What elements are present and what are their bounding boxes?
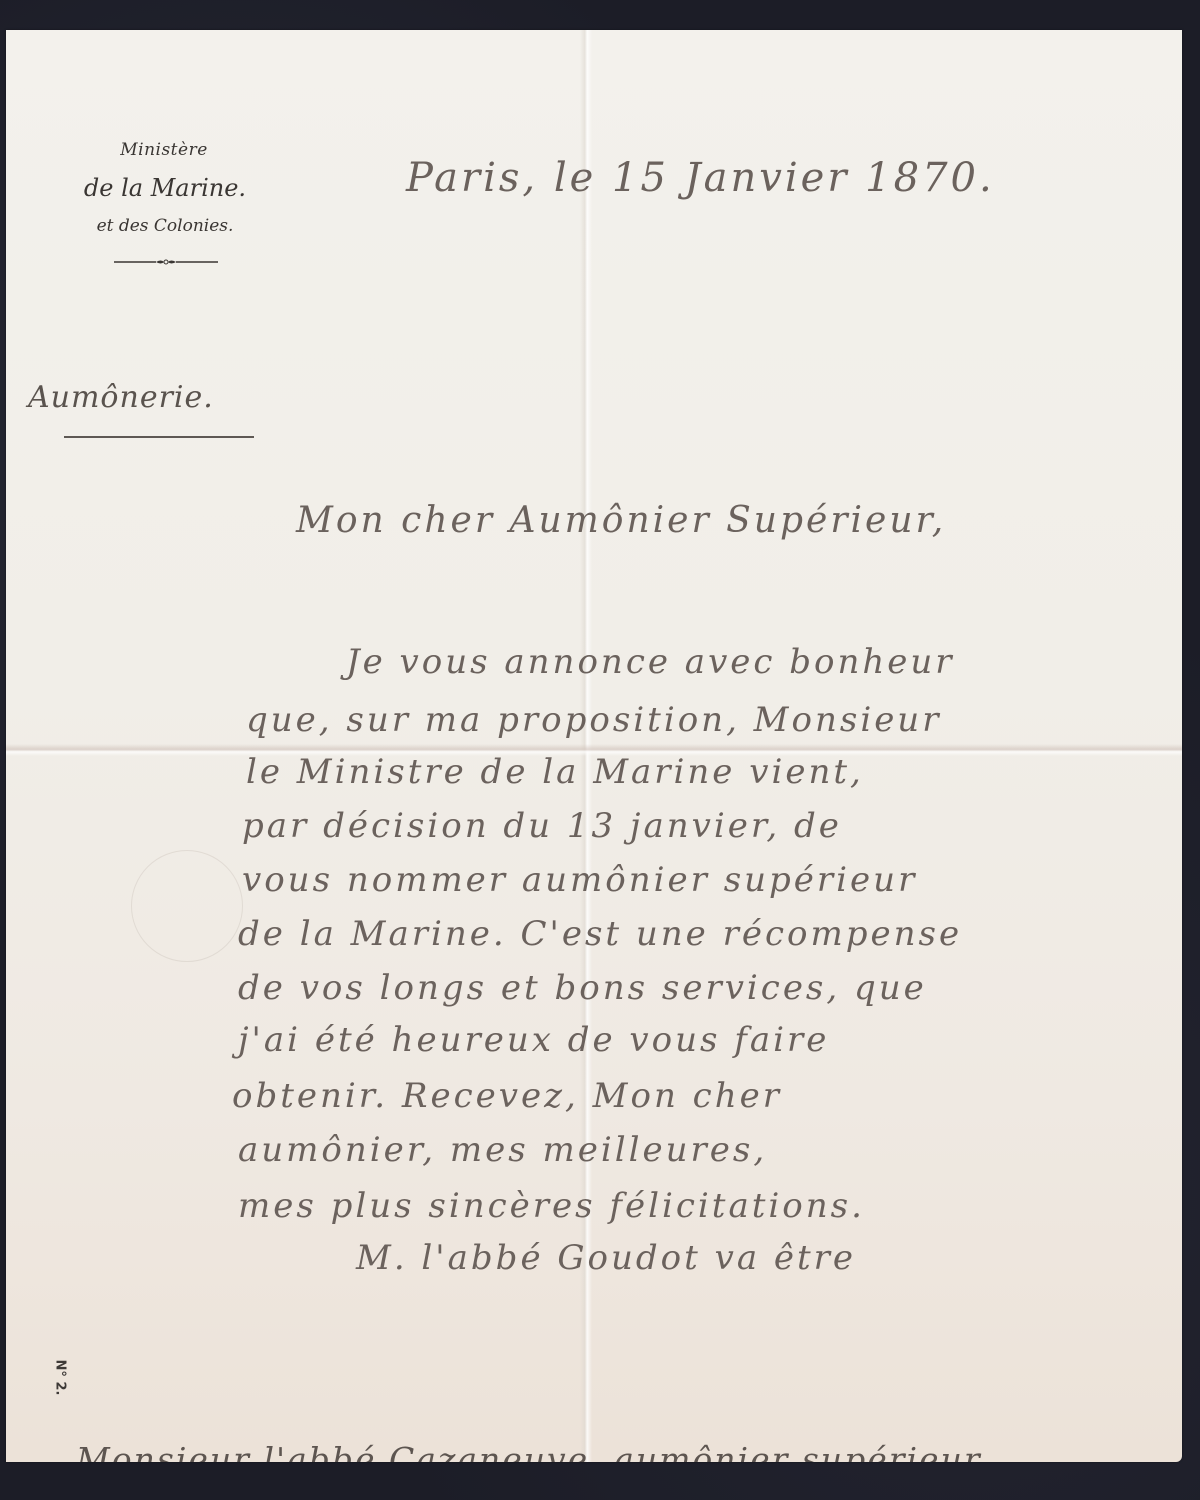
addressee-line: Monsieur l'abbé Cazaneuve, aumônier supé…	[76, 1440, 990, 1462]
letter-sheet: Ministère de la Marine. et des Colonies.…	[6, 30, 1182, 1462]
letterhead-ministry: Ministère	[22, 140, 306, 160]
department-aumonerie: Aumônerie.	[28, 380, 214, 415]
letterhead-marine: de la Marine.	[24, 174, 306, 202]
body-line: vous nommer aumônier supérieur	[242, 860, 917, 900]
body-line: Je vous annonce avec bonheur	[346, 642, 955, 682]
page-number-mark: N° 2.	[52, 1360, 67, 1396]
letterhead-colonies: et des Colonies.	[24, 216, 306, 236]
body-line: obtenir. Recevez, Mon cher	[232, 1076, 782, 1116]
body-line: de la Marine. C'est une récompense	[238, 914, 962, 954]
body-line: M. l'abbé Goudot va être	[356, 1238, 856, 1278]
letterhead: Ministère de la Marine. et des Colonies.	[6, 140, 306, 256]
date-line: Paris, le 15 Janvier 1870.	[406, 155, 995, 201]
department-underline	[64, 436, 254, 438]
body-line: de vos longs et bons services, que	[238, 968, 927, 1008]
body-line: mes plus sincères félicitations.	[238, 1186, 865, 1226]
body-line: le Ministre de la Marine vient,	[246, 752, 864, 792]
faint-stain-mark	[131, 850, 243, 962]
ornament-divider-icon	[114, 250, 218, 256]
salutation: Mon cher Aumônier Supérieur,	[296, 500, 946, 541]
body-line: par décision du 13 janvier, de	[242, 806, 842, 846]
body-line: j'ai été heureux de vous faire	[238, 1020, 829, 1060]
body-line: aumônier, mes meilleures,	[238, 1130, 767, 1170]
body-line: que, sur ma proposition, Monsieur	[246, 700, 941, 740]
